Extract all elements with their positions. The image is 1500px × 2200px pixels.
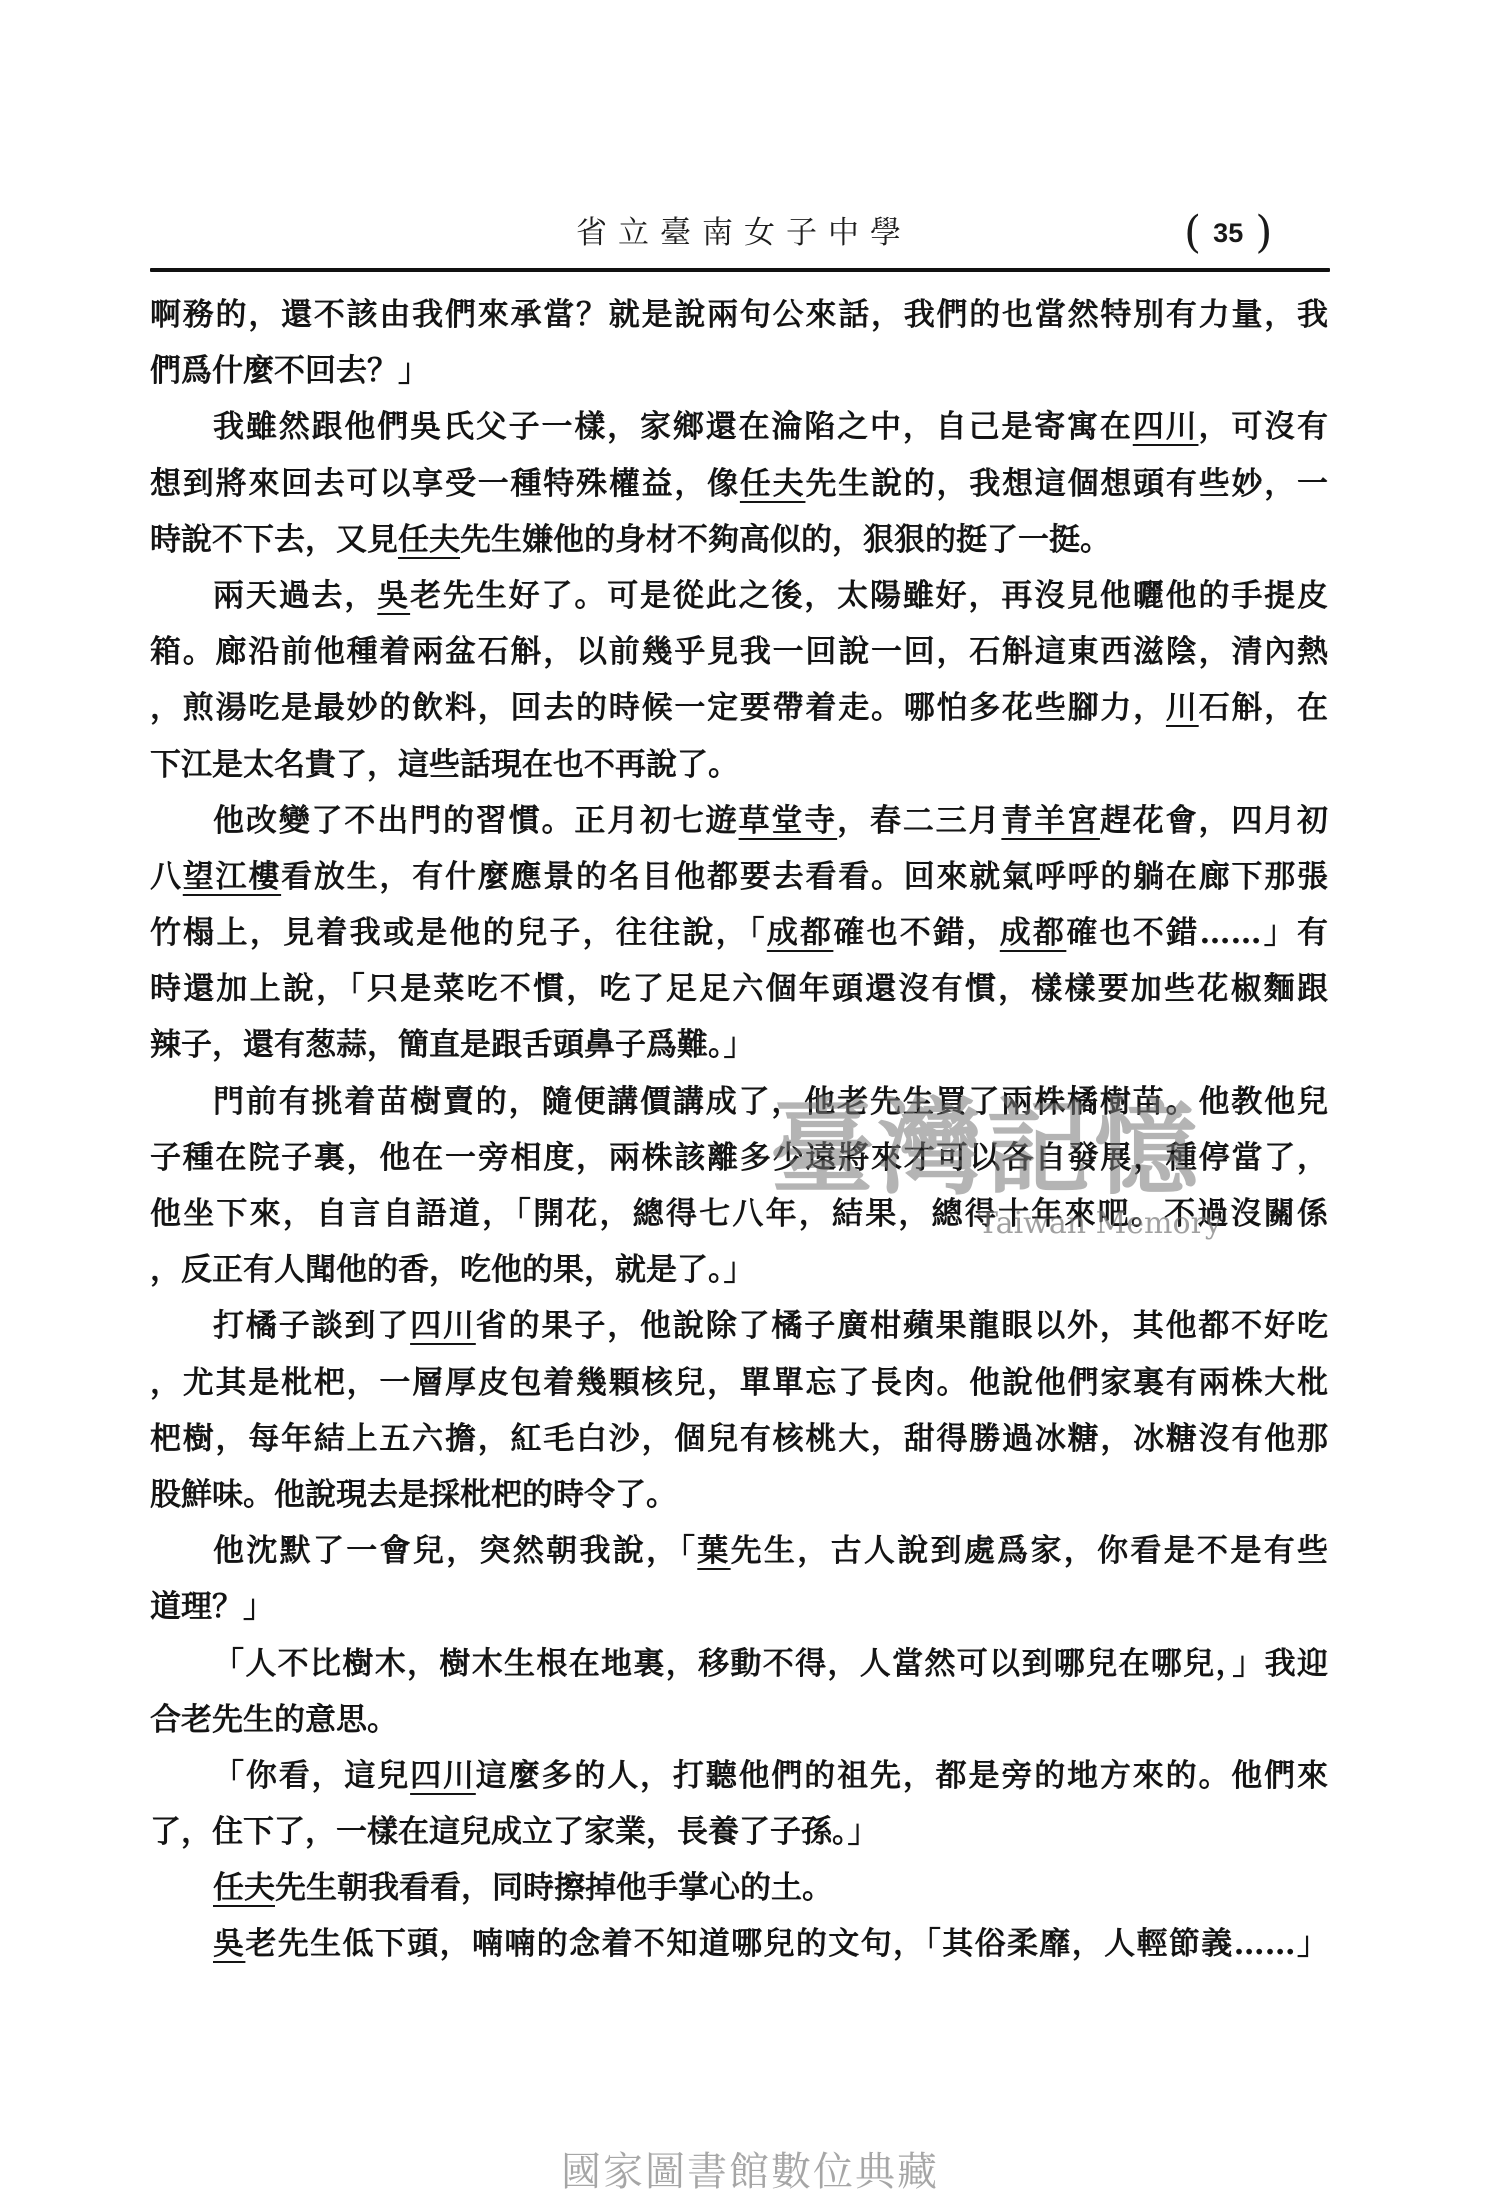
text-segment: 兩天過去， <box>213 578 377 614</box>
text-segment: 老先生低下頭，喃喃的念着不知道哪兒的文句，「其俗柔靡，人輕節義……」 <box>245 1926 1328 1962</box>
text-segment: 確也不錯……」有 <box>1066 915 1328 951</box>
text-line: 門前有挑着苗樹賣的，隨便講價講成了，他老先生買了兩株橘樹苗。他教他兒 <box>150 1074 1328 1130</box>
proper-noun-mark: 四川 <box>410 1308 476 1344</box>
text-segment: 啊務的，還不該由我們來承當？就是說兩句公來話，我們的也當然特別有力量，我 <box>150 297 1328 333</box>
text-segment: 看放生，有什麼應景的名目他都要去看看。回來就氣呼呼的躺在廊下那張 <box>281 859 1328 895</box>
text-line: 時說不下去，又見任夫先生嫌他的身材不夠高似的，狠狠的挺了一挺。 <box>150 512 1328 568</box>
text-line: 了，住下了，一樣在這兒成立了家業，長養了子孫。」 <box>150 1804 1328 1860</box>
proper-noun-mark: 成都 <box>1000 915 1067 951</box>
text-segment: 股鮮味。他說現去是採枇杷的時令了。 <box>150 1477 677 1513</box>
proper-noun-mark: 四川 <box>1133 409 1199 445</box>
text-line: 任夫先生朝我看看，同時擦掉他手掌心的土。 <box>150 1860 1328 1916</box>
text-segment: 下江是太名貴了，這些話現在也不再說了。 <box>150 747 739 783</box>
text-segment: 門前有挑着苗樹賣的，隨便講價講成了，他老先生買了兩株橘樹苗。他教他兒 <box>213 1084 1328 1120</box>
text-line: 「你看，這兒四川這麼多的人，打聽他們的祖先，都是旁的地方來的。他們來 <box>150 1748 1328 1804</box>
text-line: 想到將來回去可以享受一種特殊權益，像任夫先生說的，我想這個想頭有些妙，一 <box>150 456 1328 512</box>
text-segment: 杷樹，每年結上五六擔，紅毛白沙，個兒有核桃大，甜得勝過冰糖，冰糖沒有他那 <box>150 1421 1328 1457</box>
text-segment: 八 <box>150 859 183 895</box>
header-rule <box>150 268 1330 272</box>
text-segment: 石斛，在 <box>1199 690 1328 726</box>
text-segment: 他沈默了一會兒，突然朝我說，「 <box>213 1533 697 1569</box>
text-segment: ，尤其是枇杷，一層厚皮包着幾顆核兒，單單忘了長肉。他說他們家裏有兩株大枇 <box>150 1365 1328 1401</box>
page-number: ( 35 ) <box>1184 206 1272 260</box>
proper-noun-mark: 任夫 <box>213 1870 275 1906</box>
running-header-title: 省立臺南女子中學 <box>576 213 912 253</box>
page-number-value: 35 <box>1213 206 1243 260</box>
text-line: 吳老先生低下頭，喃喃的念着不知道哪兒的文句，「其俗柔靡，人輕節義……」 <box>150 1916 1328 1972</box>
text-line: 八望江樓看放生，有什麼應景的名目他都要去看看。回來就氣呼呼的躺在廊下那張 <box>150 849 1328 905</box>
text-segment: 想到將來回去可以享受一種特殊權益，像 <box>150 466 740 502</box>
text-segment: 「人不比樹木，樹木生根在地裏，移動不得，人當然可以到哪兒在哪兒，」我迎 <box>213 1646 1328 1682</box>
text-segment: 先生嫌他的身材不夠高似的，狠狠的挺了一挺。 <box>460 522 1111 558</box>
proper-noun-mark: 四川 <box>410 1758 476 1794</box>
text-segment: 先生朝我看看，同時擦掉他手掌心的土。 <box>275 1870 833 1906</box>
text-segment: 省的果子，他說除了橘子廣柑蘋果龍眼以外，其他都不好吃 <box>476 1308 1328 1344</box>
text-line: 啊務的，還不該由我們來承當？就是說兩句公來話，我們的也當然特別有力量，我 <box>150 287 1328 343</box>
text-segment: 時說不下去，又見 <box>150 522 398 558</box>
text-segment: 了，住下了，一樣在這兒成立了家業，長養了子孫。」 <box>150 1814 879 1850</box>
text-segment: 合老先生的意思。 <box>150 1702 398 1738</box>
text-line: 「人不比樹木，樹木生根在地裏，移動不得，人當然可以到哪兒在哪兒，」我迎 <box>150 1636 1328 1692</box>
proper-noun-mark: 草堂寺 <box>739 803 838 839</box>
text-line: 箱。廊沿前他種着兩盆石斛，以前幾乎見我一回說一回，石斛這東西滋陰，清內熱 <box>150 624 1328 680</box>
text-segment: 老先生好了。可是從此之後，太陽雖好，再沒見他曬他的手提皮 <box>410 578 1328 614</box>
text-segment: 我雖然跟他們吳氏父子一樣，家鄉還在淪陷之中，自己是寄寓在 <box>213 409 1133 445</box>
text-line: ，反正有人聞他的香，吃他的果，就是了。」 <box>150 1242 1328 1298</box>
text-line: 竹榻上，見着我或是他的兒子，往往說，「成都確也不錯，成都確也不錯……」有 <box>150 905 1328 961</box>
text-line: 辣子，還有葱蒜，簡直是跟舌頭鼻子爲難。」 <box>150 1017 1328 1073</box>
text-line: 子種在院子裏，他在一旁相度，兩株該離多少遠將來才可以各自發展，種停當了， <box>150 1130 1328 1186</box>
text-line: ，尤其是枇杷，一層厚皮包着幾顆核兒，單單忘了長肉。他說他們家裏有兩株大枇 <box>150 1355 1328 1411</box>
text-line: 股鮮味。他說現去是採枇杷的時令了。 <box>150 1467 1328 1523</box>
text-segment: 箱。廊沿前他種着兩盆石斛，以前幾乎見我一回說一回，石斛這東西滋陰，清內熱 <box>150 634 1328 670</box>
proper-noun-mark: 吳 <box>377 578 410 614</box>
text-segment: ，煎湯吃是最妙的飲料，回去的時候一定要帶着走。哪怕多花些腳力， <box>150 690 1166 726</box>
text-segment: 「你看，這兒 <box>213 1758 410 1794</box>
text-segment: 確也不錯， <box>833 915 999 951</box>
body-text: 啊務的，還不該由我們來承當？就是說兩句公來話，我們的也當然特別有力量，我們爲什麼… <box>150 287 1328 1973</box>
text-line: 杷樹，每年結上五六擔，紅毛白沙，個兒有核桃大，甜得勝過冰糖，冰糖沒有他那 <box>150 1411 1328 1467</box>
proper-noun-mark: 任夫 <box>398 522 460 558</box>
text-line: 我雖然跟他們吳氏父子一樣，家鄉還在淪陷之中，自己是寄寓在四川，可沒有 <box>150 399 1328 455</box>
text-segment: 他改變了不出門的習慣。正月初七遊 <box>213 803 739 839</box>
text-segment: 先生，古人說到處爲家，你看是不是有些 <box>731 1533 1328 1569</box>
text-line: 他坐下來，自言自語道，「開花，總得七八年，結果，總得十年來吧。不過沒關係 <box>150 1186 1328 1242</box>
text-segment: 他坐下來，自言自語道，「開花，總得七八年，結果，總得十年來吧。不過沒關係 <box>150 1196 1328 1232</box>
text-segment: 竹榻上，見着我或是他的兒子，往往說，「 <box>150 915 767 951</box>
text-segment: ，可沒有 <box>1198 409 1328 445</box>
proper-noun-mark: 川 <box>1166 690 1199 726</box>
proper-noun-mark: 吳 <box>213 1926 245 1962</box>
text-segment: 趕花會，四月初 <box>1100 803 1328 839</box>
text-line: ，煎湯吃是最妙的飲料，回去的時候一定要帶着走。哪怕多花些腳力，川石斛，在 <box>150 680 1328 736</box>
text-line: 時還加上說，「只是菜吃不慣，吃了足足六個年頭還沒有慣，樣樣要加些花椒麵跟 <box>150 961 1328 1017</box>
proper-noun-mark: 任夫 <box>740 466 806 502</box>
text-segment: 先生說的，我想這個想頭有些妙，一 <box>805 466 1328 502</box>
page-number-open-paren: ( <box>1184 206 1201 260</box>
proper-noun-mark: 成都 <box>767 915 834 951</box>
text-segment: 這麼多的人，打聽他們的祖先，都是旁的地方來的。他們來 <box>476 1758 1328 1794</box>
text-line: 們爲什麼不回去？」 <box>150 343 1328 399</box>
text-line: 他沈默了一會兒，突然朝我說，「葉先生，古人說到處爲家，你看是不是有些 <box>150 1523 1328 1579</box>
page-number-close-paren: ) <box>1255 206 1272 260</box>
archive-footer: 國家圖書館數位典藏 <box>0 2148 1500 2196</box>
text-line: 打橘子談到了四川省的果子，他說除了橘子廣柑蘋果龍眼以外，其他都不好吃 <box>150 1298 1328 1354</box>
text-segment: 打橘子談到了 <box>213 1308 410 1344</box>
scanned-page: 省立臺南女子中學 ( 35 ) 啊務的，還不該由我們來承當？就是說兩句公來話，我… <box>0 0 1500 2200</box>
text-segment: 道理？」 <box>150 1589 274 1625</box>
text-segment: 辣子，還有葱蒜，簡直是跟舌頭鼻子爲難。」 <box>150 1027 755 1063</box>
text-line: 下江是太名貴了，這些話現在也不再說了。 <box>150 737 1328 793</box>
proper-noun-mark: 望江樓 <box>183 859 281 895</box>
text-line: 合老先生的意思。 <box>150 1692 1328 1748</box>
text-line: 道理？」 <box>150 1579 1328 1635</box>
text-segment: 子種在院子裏，他在一旁相度，兩株該離多少遠將來才可以各自發展，種停當了， <box>150 1140 1328 1176</box>
proper-noun-mark: 青羊宮 <box>1001 803 1100 839</box>
text-segment: ，反正有人聞他的香，吃他的果，就是了。」 <box>150 1252 755 1288</box>
text-segment: 時還加上說，「只是菜吃不慣，吃了足足六個年頭還沒有慣，樣樣要加些花椒麵跟 <box>150 971 1328 1007</box>
text-segment: ，春二三月 <box>837 803 1001 839</box>
text-line: 他改變了不出門的習慣。正月初七遊草堂寺，春二三月青羊宮趕花會，四月初 <box>150 793 1328 849</box>
text-line: 兩天過去，吳老先生好了。可是從此之後，太陽雖好，再沒見他曬他的手提皮 <box>150 568 1328 624</box>
text-segment: 們爲什麼不回去？」 <box>150 353 429 389</box>
proper-noun-mark: 葉 <box>697 1533 730 1569</box>
